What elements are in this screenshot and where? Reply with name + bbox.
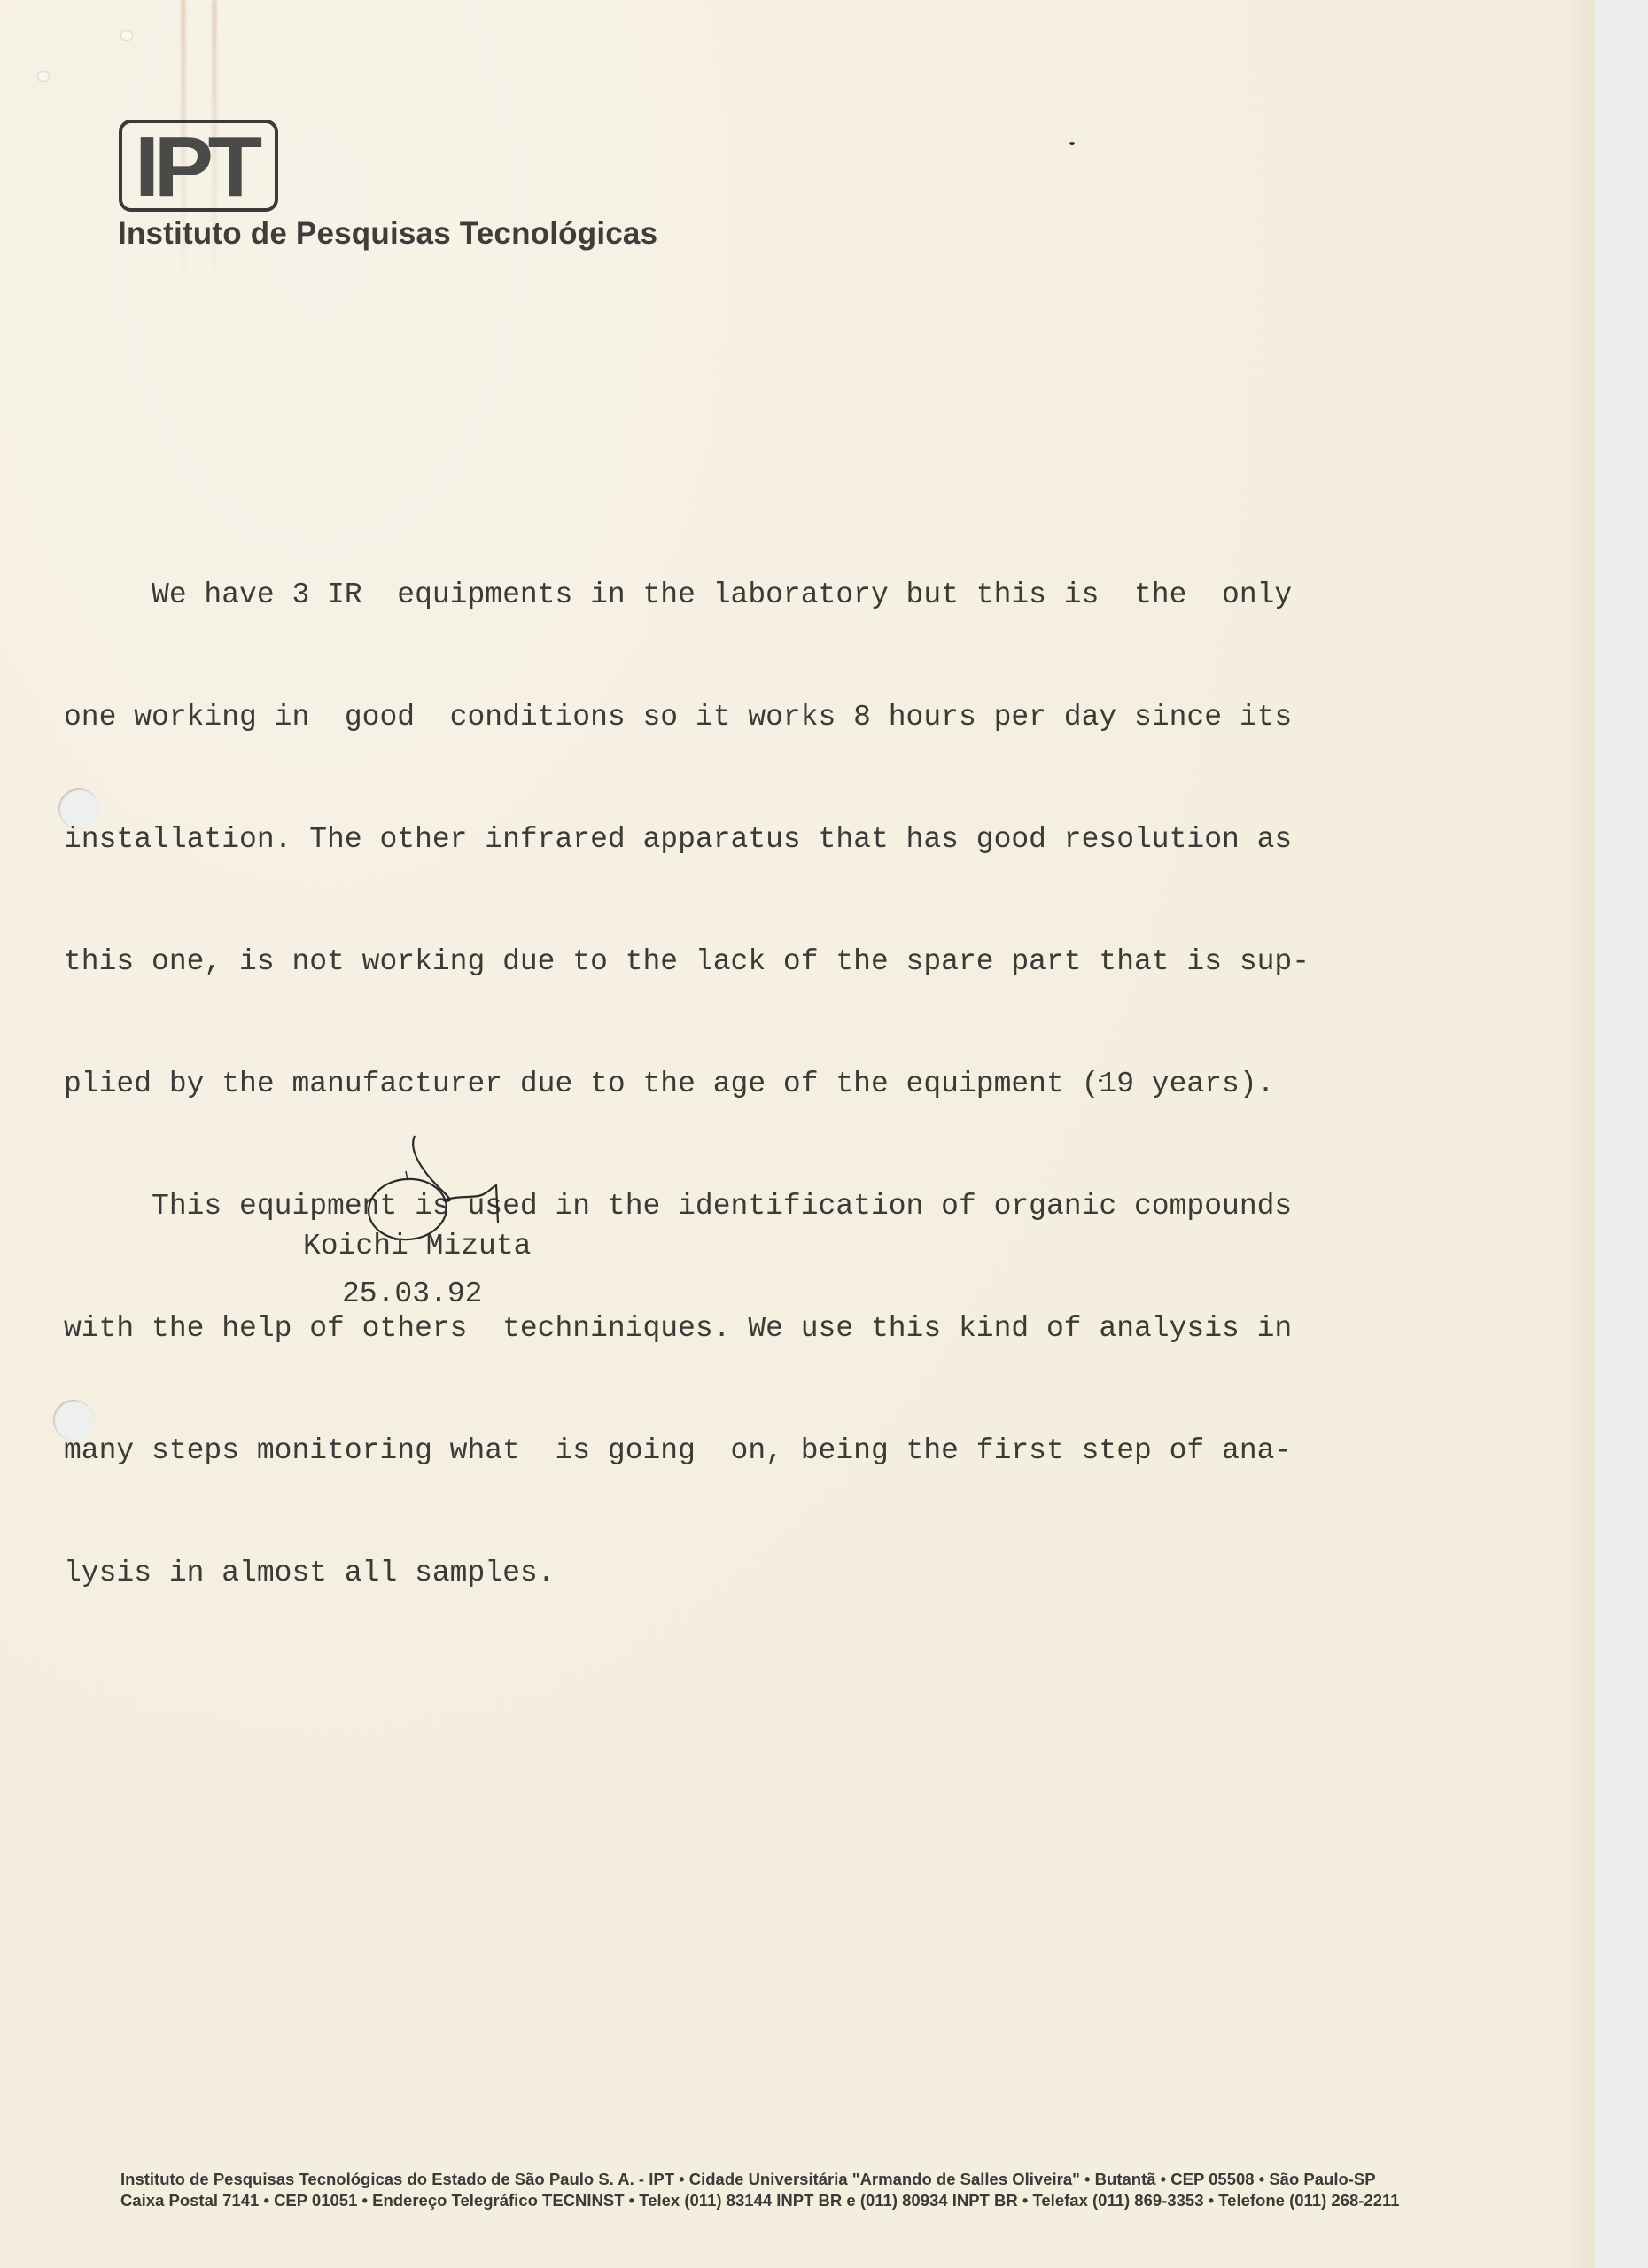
letter-line: lysis in almost all samples. bbox=[64, 1553, 1446, 1594]
footer-address-line: Instituto de Pesquisas Tecnológicas do E… bbox=[120, 2169, 1450, 2190]
letter-line: installation. The other infrared apparat… bbox=[64, 819, 1446, 860]
ink-speck bbox=[1069, 142, 1075, 145]
letter-body: We have 3 IR equipments in the laborator… bbox=[64, 493, 1446, 1675]
institute-name: Instituto de Pesquisas Tecnológicas bbox=[118, 216, 657, 252]
footer-contact-line: Caixa Postal 7141 • CEP 01051 • Endereço… bbox=[120, 2190, 1450, 2211]
letter-date: 25.03.92 bbox=[342, 1278, 482, 1310]
ipt-logo: IPT bbox=[119, 120, 278, 212]
signatory-name: Koichi Mizuta bbox=[303, 1230, 531, 1262]
letter-line: many steps monitoring what is going on, … bbox=[64, 1431, 1446, 1472]
letter-line: one working in good conditions so it wor… bbox=[64, 697, 1446, 738]
letter-line: with the help of others techniniques. We… bbox=[64, 1309, 1446, 1349]
staple-hole bbox=[37, 71, 50, 82]
letter-line: this one, is not working due to the lack… bbox=[64, 942, 1446, 983]
letter-page: IPT Instituto de Pesquisas Tecnológicas … bbox=[0, 0, 1595, 2268]
letter-line: plied by the manufacturer due to the age… bbox=[64, 1064, 1446, 1105]
letterhead-footer: Instituto de Pesquisas Tecnológicas do E… bbox=[120, 2169, 1450, 2211]
letter-line: This equipment is used in the identifica… bbox=[64, 1186, 1446, 1227]
letter-line: We have 3 IR equipments in the laborator… bbox=[64, 575, 1446, 616]
staple-hole bbox=[120, 30, 133, 41]
logo-text: IPT bbox=[135, 127, 257, 208]
